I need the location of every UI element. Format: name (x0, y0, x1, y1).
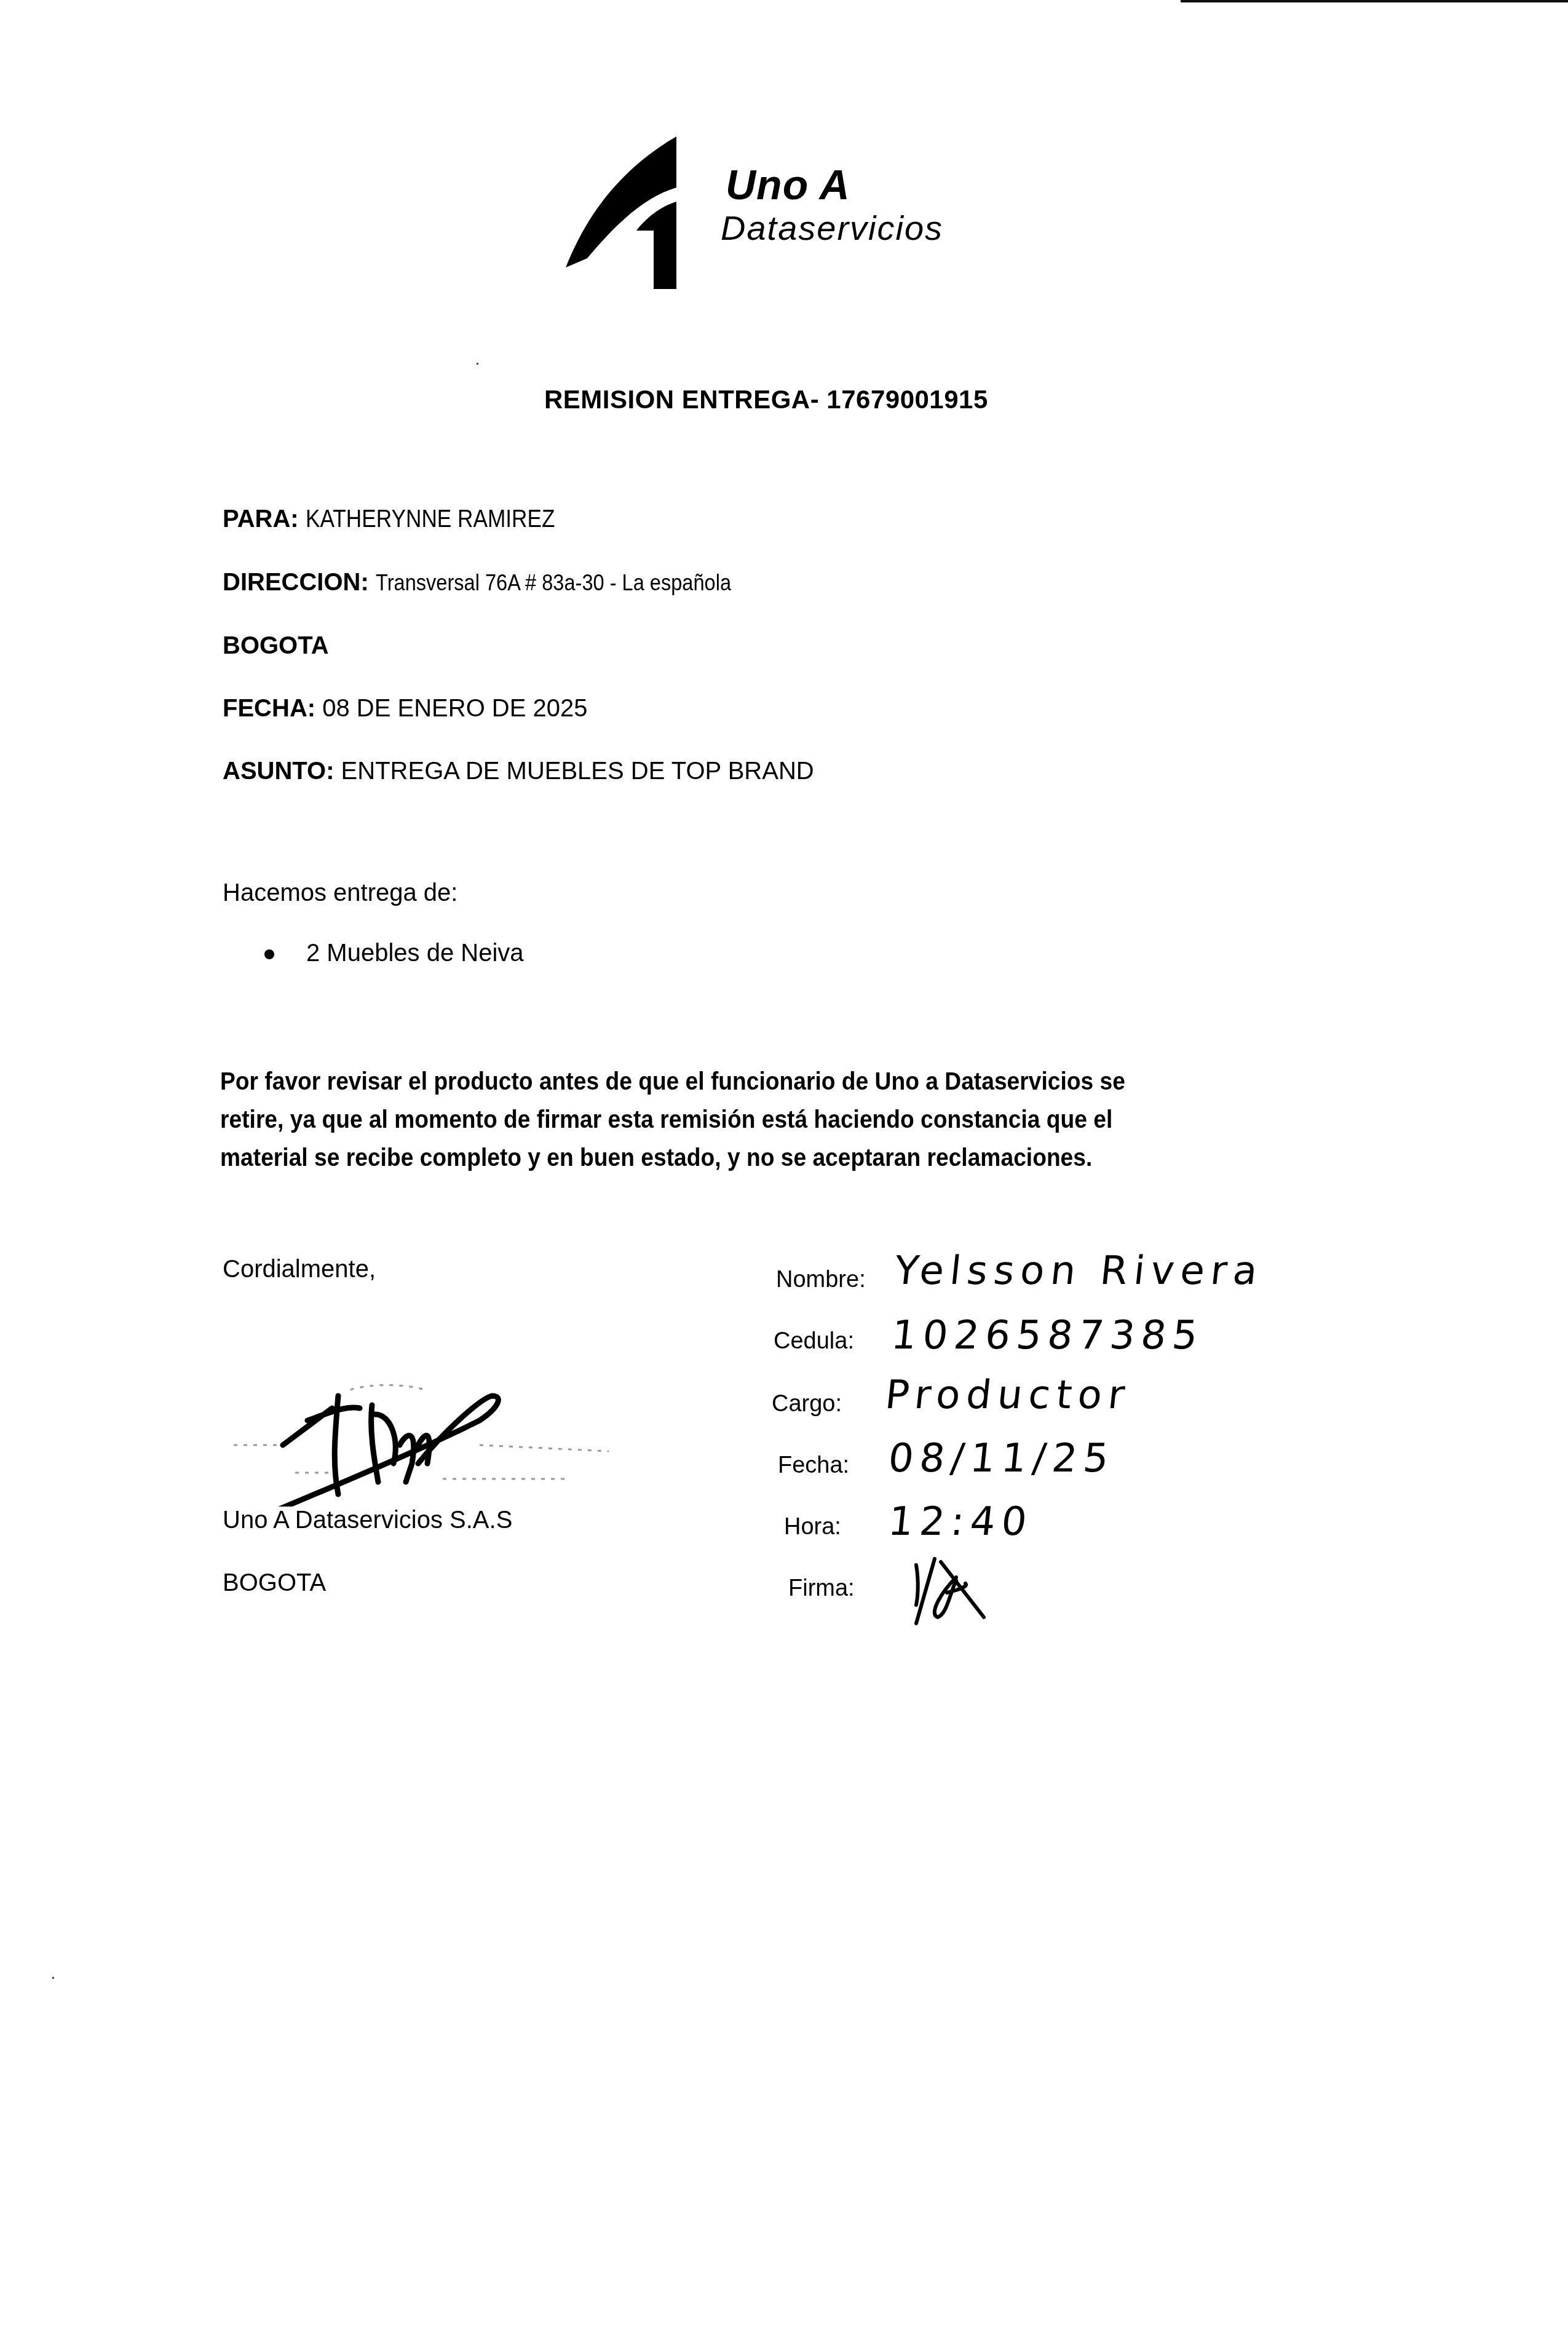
direccion-label: DIRECCION: (223, 569, 369, 596)
firma-label: Firma: (788, 1575, 855, 1602)
hora-value: 12:40 (886, 1499, 1035, 1545)
asunto-value: ENTREGA DE MUEBLES DE TOP BRAND (341, 758, 814, 785)
cedula-label: Cedula: (774, 1328, 854, 1355)
delivery-intro: Hacemos entrega de: (223, 879, 457, 907)
ciudad-value: BOGOTA (223, 632, 329, 659)
hora-label: Hora: (784, 1514, 841, 1540)
brand-name: Uno A (726, 161, 850, 209)
scan-speck (52, 1977, 54, 1979)
asunto-label: ASUNTO: (223, 758, 334, 785)
field-para: PARA: KATHERYNNE RAMIREZ (223, 505, 589, 533)
fecha-label: FECHA: (223, 695, 315, 722)
cedula-value: 1026587385 (889, 1313, 1206, 1358)
cargo-label: Cargo: (772, 1391, 842, 1417)
field-ciudad: BOGOTA (223, 632, 329, 660)
bullet-icon (264, 949, 274, 959)
direccion-value: Transversal 76A # 83a-30 - La española (376, 570, 731, 596)
scan-edge-line (1181, 0, 1568, 2)
field-fecha: FECHA: 08 DE ENERO DE 2025 (223, 695, 588, 723)
notice-line: material se recibe completo y en buen es… (220, 1139, 1249, 1177)
company-logo: Uno A Dataservicios (560, 129, 990, 289)
brand-subtitle: Dataservicios (721, 208, 943, 248)
delivery-item: 2 Muebles de Neiva (264, 940, 524, 967)
para-value: KATHERYNNE RAMIREZ (306, 505, 555, 533)
sender-company: Uno A Dataservicios S.A.S (223, 1507, 512, 1534)
document-title: REMISION ENTREGA- 17679001915 (544, 385, 988, 414)
fecha-value: 08 DE ENERO DE 2025 (322, 695, 587, 722)
field-asunto: ASUNTO: ENTREGA DE MUEBLES DE TOP BRAND (223, 758, 814, 785)
notice-paragraph: Por favor revisar el producto antes de q… (220, 1063, 1327, 1177)
cargo-value: Productor (883, 1373, 1133, 1418)
field-direccion: DIRECCION: Transversal 76A # 83a-30 - La… (223, 569, 780, 596)
notice-line: Por favor revisar el producto antes de q… (220, 1063, 1249, 1101)
sender-signature-icon (221, 1322, 639, 1507)
fecha-recibido-value: 08/11/25 (886, 1436, 1117, 1481)
nombre-label: Nombre: (776, 1267, 866, 1293)
para-label: PARA: (223, 505, 299, 533)
nombre-value: Yelsson Rivera (892, 1248, 1265, 1294)
receiver-signature-icon (904, 1556, 1002, 1630)
uno-a-logo-icon (560, 129, 719, 289)
sender-city: BOGOTA (223, 1569, 326, 1597)
fecha-recibido-label: Fecha: (778, 1452, 849, 1479)
delivery-item-text: 2 Muebles de Neiva (306, 940, 524, 967)
scan-speck (477, 363, 478, 365)
notice-line: retire, ya que al momento de firmar esta… (220, 1101, 1249, 1139)
closing: Cordialmente, (223, 1256, 376, 1283)
